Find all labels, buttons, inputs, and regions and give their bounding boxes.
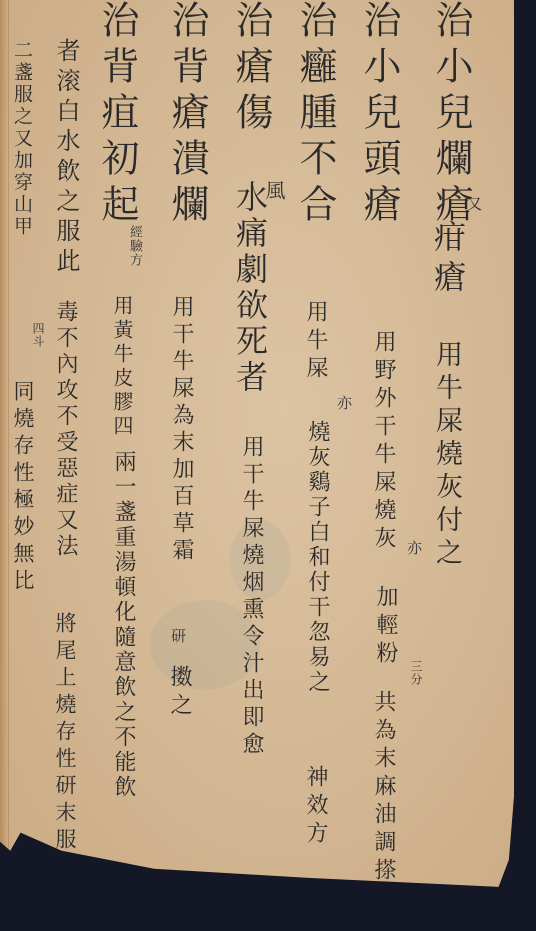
column-3-heading: 治癰腫不合: [296, 0, 334, 230]
background-edge: [514, 0, 536, 931]
column-3-remedy: 用牛屎: [304, 300, 326, 384]
column-8-text-cont: 同燒存性極妙無比: [12, 380, 33, 596]
page-fold-line: [8, 0, 9, 900]
column-5-remedy-cont: 擞之: [168, 665, 190, 721]
column-2-heading: 治小兒頭瘡: [360, 0, 398, 230]
column-1-annotation: 又: [466, 196, 481, 212]
column-6-annotation: 經驗方: [128, 225, 141, 267]
column-4-remedy: 用干牛屎燒烟熏令汁出即愈: [240, 435, 262, 759]
column-2-annotation: 亦: [406, 540, 421, 556]
column-3-remedy-cont: 燒灰鷄子白和付干忽易之: [306, 420, 328, 695]
column-5-heading: 治背瘡潰爛: [168, 0, 206, 230]
column-8-annotation: 四斗: [32, 322, 44, 348]
column-8-text: 二盞服之又加穿山甲: [12, 40, 31, 238]
manuscript-page: 治小兒爛瘡 又 疳瘡 用牛屎燒灰付之 治小兒頭瘡 用野外干牛屎燒灰 亦 加輕粉 …: [0, 0, 514, 905]
column-7-text: 者滚白水飲之服此: [54, 38, 78, 278]
column-4-heading: 治瘡傷: [232, 0, 270, 138]
column-6-remedy-cont: 兩一盞重湯頓化隨意飲之不能飲: [112, 450, 134, 800]
column-5-remedy: 用干牛屎為末加百草霜: [170, 295, 192, 565]
column-3-remedy-end: 神效方: [304, 765, 326, 849]
column-2-remedy-cont-2: 共為末麻油調搽: [372, 690, 394, 886]
column-2-remedy-cont: 加輕粉: [374, 585, 396, 669]
column-5-annotation: 研: [170, 628, 185, 644]
column-1-heading-cont: 疳瘡: [432, 220, 464, 300]
column-6-heading: 治背疽初起: [98, 0, 136, 230]
column-7-text-cont-2: 將尾上燒存性研末服: [54, 612, 75, 855]
column-1-remedy: 用牛屎燒灰付之: [433, 340, 460, 571]
column-2-annotation-2: 三分: [410, 660, 422, 686]
column-3-annotation: 亦: [336, 395, 351, 411]
spine-shadow: [0, 0, 8, 900]
column-4-heading-cont: 水痛劇欲死者: [234, 180, 266, 396]
column-6-remedy: 用黃牛皮膠四: [112, 295, 132, 439]
column-7-text-cont: 毒不內攻不受惡症又法: [54, 300, 76, 560]
column-2-remedy: 用野外干牛屎燒灰: [372, 330, 394, 554]
